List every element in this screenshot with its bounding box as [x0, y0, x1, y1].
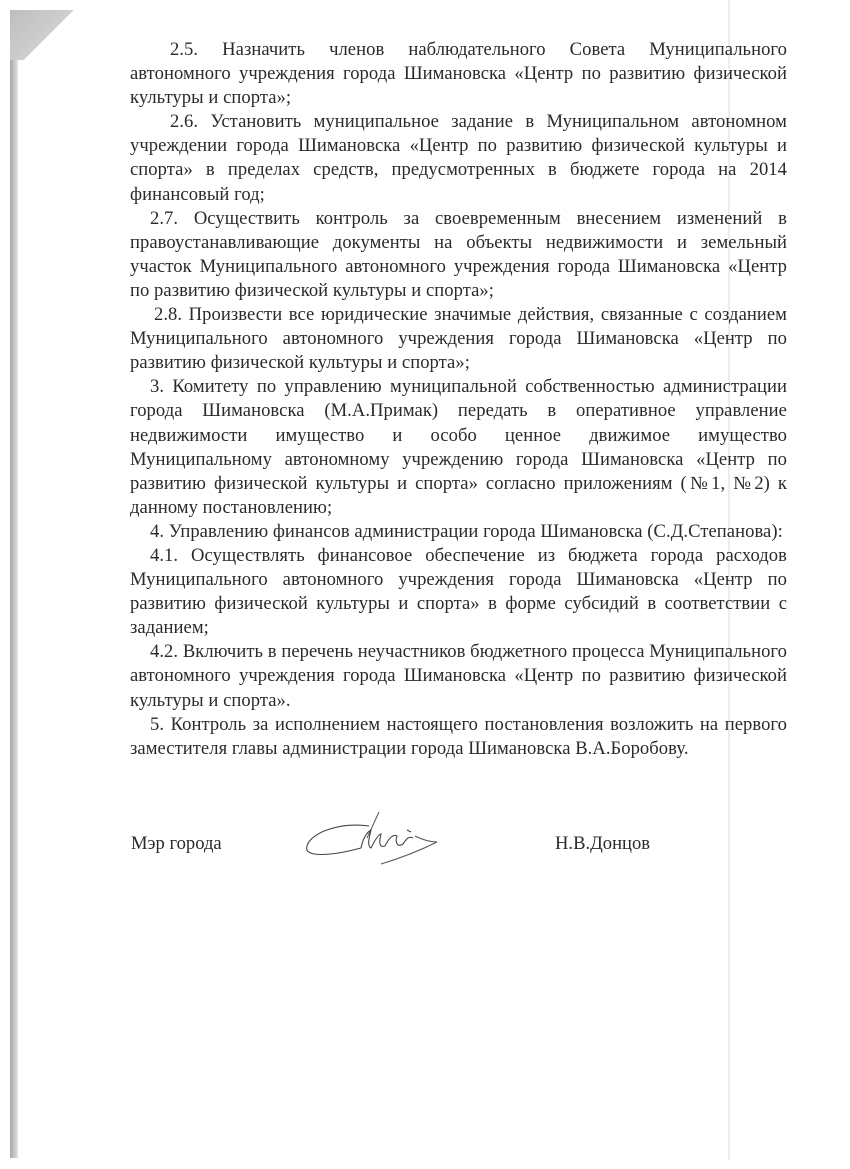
paragraph-2-7: 2.7. Осуществить контроль за своевременн…	[130, 207, 787, 303]
paragraph-5: 5. Контроль за исполнением настоящего по…	[130, 713, 787, 761]
paragraph-3: 3. Комитету по управлению муниципальной …	[130, 375, 787, 520]
handwritten-signature-icon	[301, 808, 441, 878]
paragraph-2-8: 2.8. Произвести все юридические значимые…	[130, 303, 787, 375]
scan-edge-left	[10, 38, 18, 1158]
paragraph-2-5: 2.5. Назначить членов наблюдательного Со…	[130, 38, 787, 110]
paragraph-4-2: 4.2. Включить в перечень неучастников бю…	[130, 640, 787, 712]
document-body: 2.5. Назначить членов наблюдательного Со…	[130, 38, 787, 761]
signatory-title: Мэр города	[131, 833, 222, 855]
signatory-name: Н.В.Донцов	[555, 833, 650, 855]
scan-folded-corner	[10, 10, 100, 60]
paragraph-4-1: 4.1. Осуществлять финансовое обеспечение…	[130, 544, 787, 640]
paragraph-4: 4. Управлению финансов администрации гор…	[130, 520, 787, 544]
paragraph-2-6: 2.6. Установить муниципальное задание в …	[130, 110, 787, 206]
signature-block: Мэр города Н.В.Донцов	[131, 830, 691, 890]
